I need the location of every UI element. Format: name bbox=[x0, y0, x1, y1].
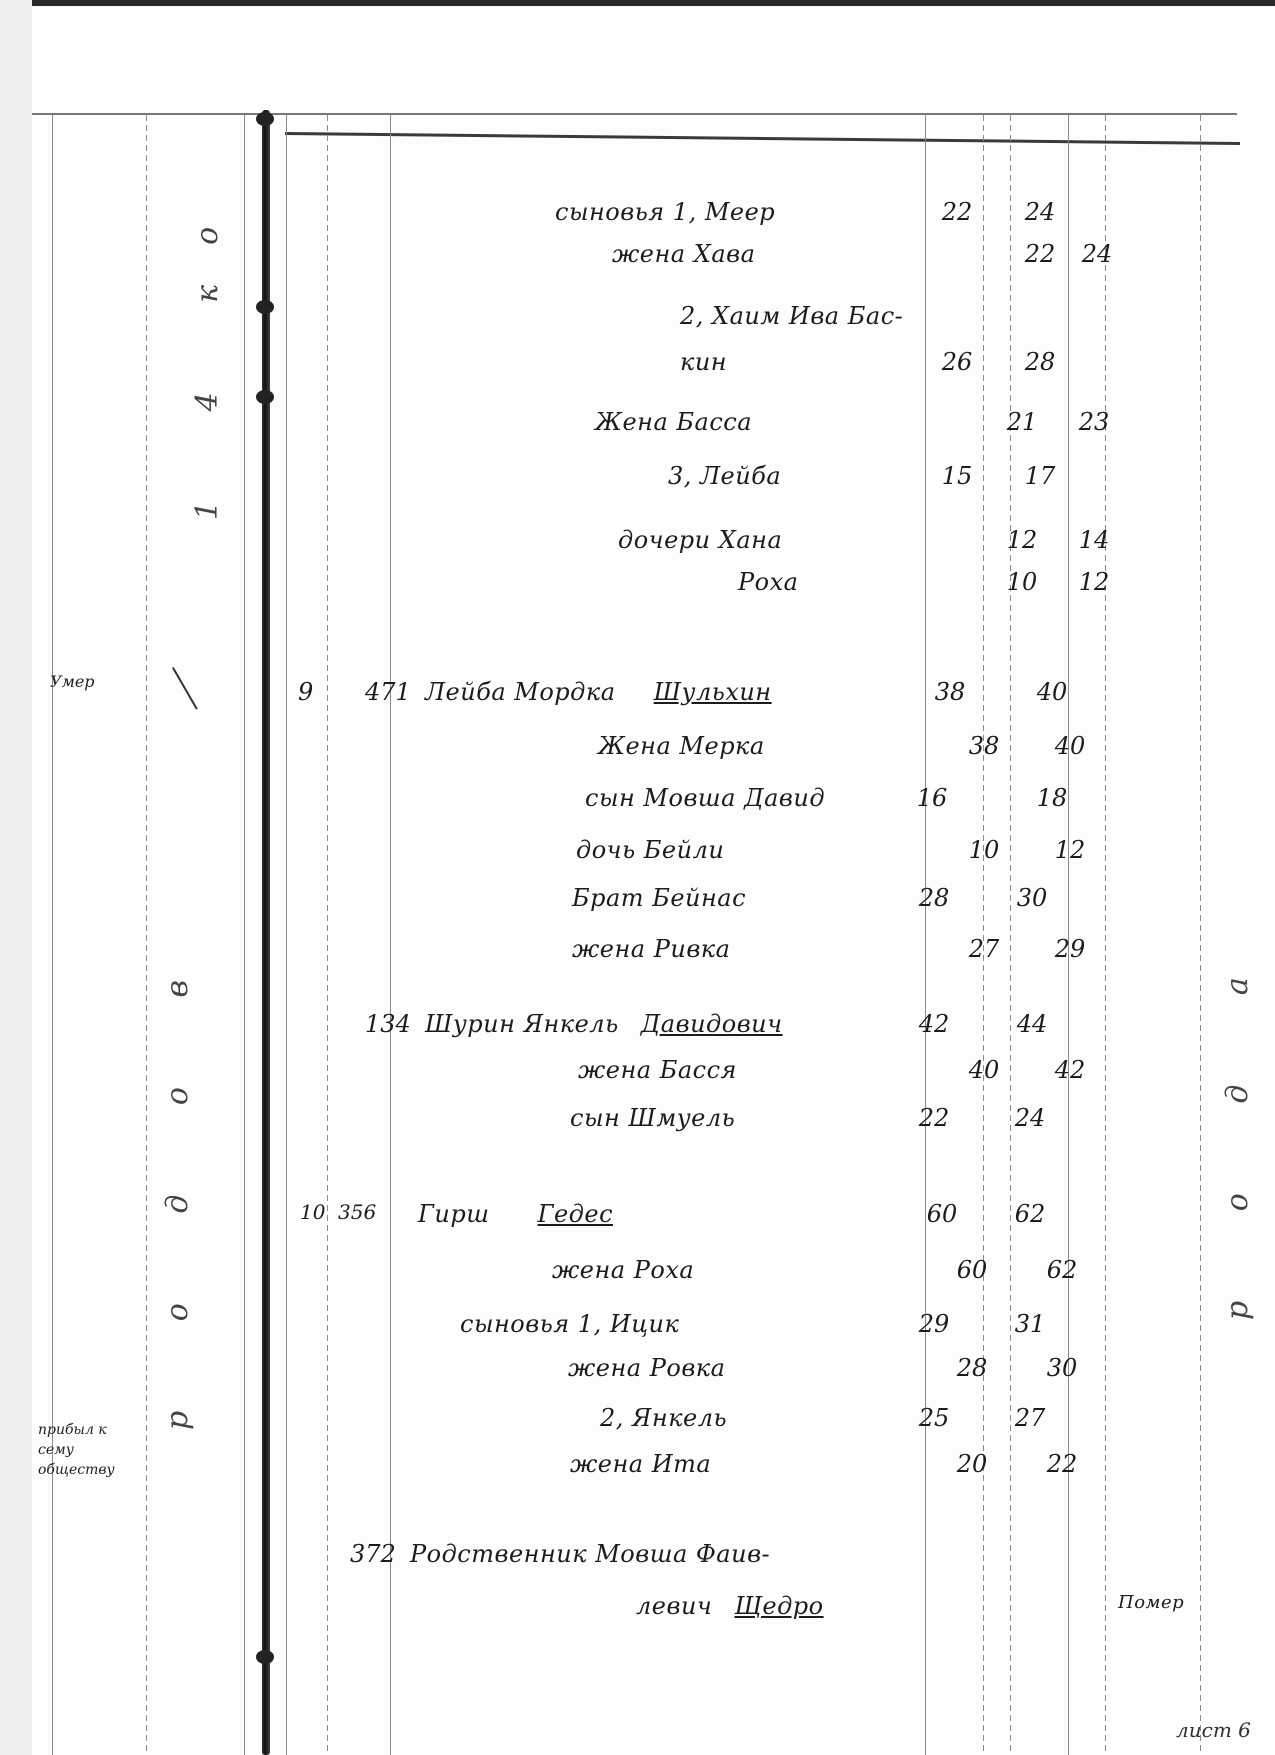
page-binding bbox=[262, 110, 270, 1755]
age-now: 18 bbox=[1030, 784, 1074, 812]
row-text: кин bbox=[680, 348, 727, 376]
row-text: Гирш Гедес bbox=[418, 1200, 613, 1228]
margin-slash bbox=[172, 667, 198, 710]
binding-knot bbox=[256, 1650, 274, 1664]
age-prev: 27 bbox=[962, 935, 1006, 963]
age-prev: 42 bbox=[912, 1010, 956, 1038]
margin-vertical-text-top: 1 4 ко bbox=[190, 160, 225, 520]
row-text: Родственник Мовша Фаив- bbox=[410, 1540, 770, 1568]
row-text: Шурин Янкель Давидович bbox=[425, 1010, 783, 1038]
given-name: Гирш bbox=[418, 1200, 489, 1228]
row-text: 2, Янкель bbox=[600, 1404, 727, 1432]
age-now: 27 bbox=[1008, 1404, 1052, 1432]
age-prev: 28 bbox=[912, 884, 956, 912]
age-prev: 60 bbox=[950, 1256, 994, 1284]
row-text: 2, Хаим Ива Бас- bbox=[680, 302, 903, 330]
row-text: сын Шмуель bbox=[570, 1104, 735, 1132]
age-prev: 22 bbox=[912, 1104, 956, 1132]
surname: Шульхин bbox=[654, 678, 772, 706]
binding-knot bbox=[256, 112, 274, 126]
age-prev: 12 bbox=[1000, 526, 1044, 554]
binding-knot bbox=[256, 300, 274, 314]
age-prev: 25 bbox=[912, 1404, 956, 1432]
column-rule bbox=[1105, 115, 1106, 1755]
page-mark: лист 6 bbox=[1176, 1718, 1251, 1742]
scan-top-edge bbox=[0, 0, 1275, 6]
row-text: сыновья 1, Меер bbox=[555, 198, 775, 226]
row-text: жена Ривка bbox=[572, 935, 730, 963]
age-now: 29 bbox=[1048, 935, 1092, 963]
row-text: 3, Лейба bbox=[668, 462, 781, 490]
margin-note: Умер bbox=[50, 672, 95, 692]
column-rule bbox=[52, 115, 53, 1755]
row-text: жена Басся bbox=[578, 1056, 737, 1084]
remark: Помер bbox=[1118, 1592, 1184, 1613]
surname: Гедес bbox=[538, 1200, 613, 1228]
age-prev: 22 bbox=[935, 198, 979, 226]
sheet-top-line bbox=[32, 113, 1237, 115]
age-now: 12 bbox=[1072, 568, 1116, 596]
age-prev: 38 bbox=[928, 678, 972, 706]
age-now: 44 bbox=[1010, 1010, 1054, 1038]
age-now: 28 bbox=[1018, 348, 1062, 376]
margin-vertical-text-right: р о д а bbox=[1220, 620, 1255, 1320]
age-prev: 60 bbox=[920, 1200, 964, 1228]
age-prev: 10 bbox=[1000, 568, 1044, 596]
family-number: 9 bbox=[298, 678, 313, 706]
age-now: 30 bbox=[1010, 884, 1054, 912]
age-prev: 22 bbox=[1018, 240, 1062, 268]
age-prev: 20 bbox=[950, 1450, 994, 1478]
age-now: 62 bbox=[1040, 1256, 1084, 1284]
row-text: жена Ита bbox=[570, 1450, 711, 1478]
prev-revision-number: 471 bbox=[365, 678, 411, 706]
age-prev: 40 bbox=[962, 1056, 1006, 1084]
binding-knot bbox=[256, 390, 274, 404]
column-rule bbox=[146, 115, 147, 1755]
age-now: 22 bbox=[1040, 1450, 1084, 1478]
age-now: 62 bbox=[1008, 1200, 1052, 1228]
surname: Давидович bbox=[641, 1010, 783, 1038]
column-rule bbox=[327, 115, 328, 1755]
column-rule bbox=[244, 115, 245, 1755]
age-prev: 10 bbox=[962, 836, 1006, 864]
column-rule bbox=[1010, 115, 1011, 1755]
row-text: жена Ровка bbox=[568, 1354, 725, 1382]
row-text: Лейба Мордка Шульхин bbox=[425, 678, 772, 706]
age-now: 42 bbox=[1048, 1056, 1092, 1084]
age-now: 30 bbox=[1040, 1354, 1084, 1382]
prev-revision-number: 356 bbox=[338, 1200, 376, 1224]
margin-note: прибыл к сему обществу bbox=[38, 1420, 138, 1480]
age-now: 24 bbox=[1008, 1104, 1052, 1132]
row-text: сыновья 1, Ицик bbox=[460, 1310, 679, 1338]
age-now: 12 bbox=[1048, 836, 1092, 864]
column-rule bbox=[286, 115, 287, 1755]
age-prev: 28 bbox=[950, 1354, 994, 1382]
age-prev: 26 bbox=[935, 348, 979, 376]
row-text: дочери Хана bbox=[618, 526, 782, 554]
row-text: жена Роха bbox=[552, 1256, 694, 1284]
given-name: левич bbox=[636, 1592, 712, 1620]
age-prev: 29 bbox=[912, 1310, 956, 1338]
age-prev: 16 bbox=[910, 784, 954, 812]
row-text: Жена Басса bbox=[595, 408, 752, 436]
age-now: 14 bbox=[1072, 526, 1116, 554]
age-now: 17 bbox=[1018, 462, 1062, 490]
given-name: Шурин Янкель bbox=[425, 1010, 619, 1038]
age-prev: 15 bbox=[935, 462, 979, 490]
column-rule bbox=[1200, 115, 1201, 1755]
header-rule bbox=[285, 132, 1240, 145]
age-now: 40 bbox=[1030, 678, 1074, 706]
row-text: Брат Бейнас bbox=[572, 884, 746, 912]
column-rule bbox=[390, 115, 391, 1755]
age-now: 23 bbox=[1072, 408, 1116, 436]
age-now: 24 bbox=[1018, 198, 1062, 226]
row-text: левич Щедро bbox=[636, 1592, 824, 1620]
family-number: 10 bbox=[300, 1200, 325, 1224]
age-now: 40 bbox=[1048, 732, 1092, 760]
row-text: сын Мовша Давид bbox=[585, 784, 825, 812]
margin-vertical-text-left: р о д о в bbox=[160, 870, 195, 1430]
row-text: дочь Бейли bbox=[576, 836, 724, 864]
age-now: 31 bbox=[1008, 1310, 1052, 1338]
row-text: Роха bbox=[738, 568, 798, 596]
surname: Щедро bbox=[734, 1592, 823, 1620]
age-prev: 38 bbox=[962, 732, 1006, 760]
row-text: Жена Мерка bbox=[598, 732, 765, 760]
scan-left-margin bbox=[0, 0, 32, 1755]
prev-revision-number: 134 bbox=[365, 1010, 411, 1038]
age-prev: 21 bbox=[1000, 408, 1044, 436]
given-name: Лейба Мордка bbox=[425, 678, 616, 706]
row-text: жена Хава bbox=[612, 240, 755, 268]
prev-revision-number: 372 bbox=[350, 1540, 396, 1568]
age-now: 24 bbox=[1075, 240, 1119, 268]
column-rule bbox=[925, 115, 926, 1755]
